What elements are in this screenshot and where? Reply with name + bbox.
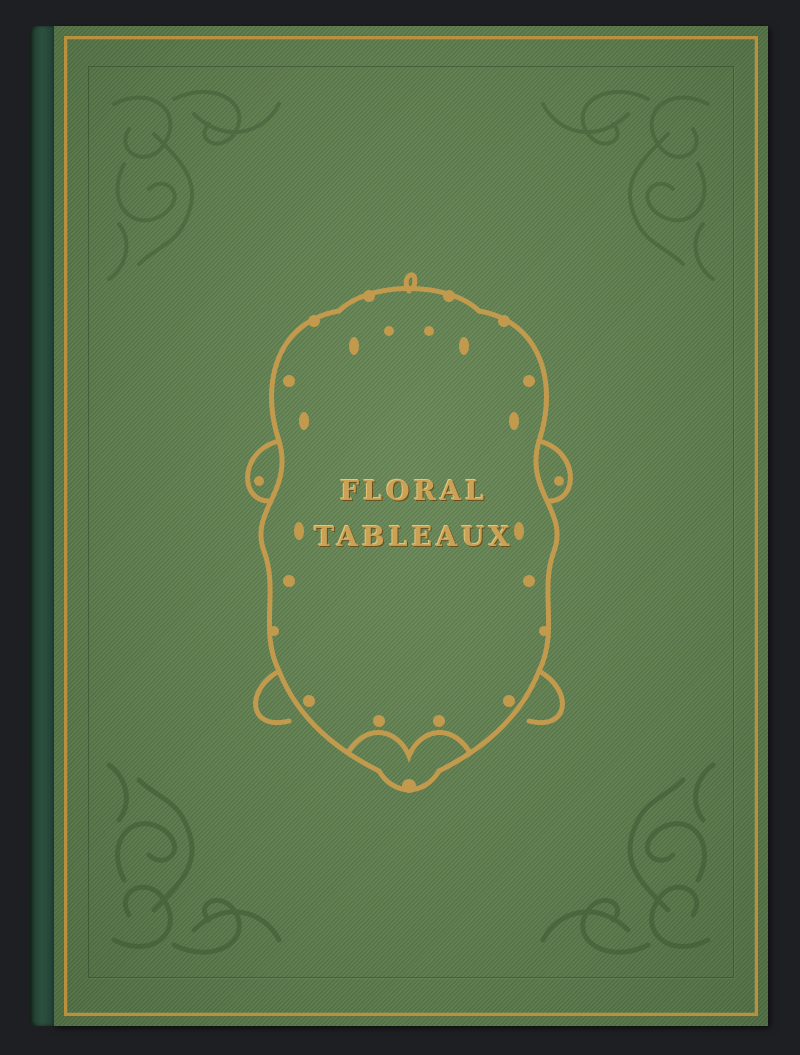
title-line-2: TABLEAUX (254, 515, 574, 561)
cover-title: FLORAL TABLEAUX (254, 469, 574, 561)
book-front-board: FLORAL TABLEAUX (54, 26, 768, 1026)
title-line-1: FLORAL (254, 469, 574, 515)
